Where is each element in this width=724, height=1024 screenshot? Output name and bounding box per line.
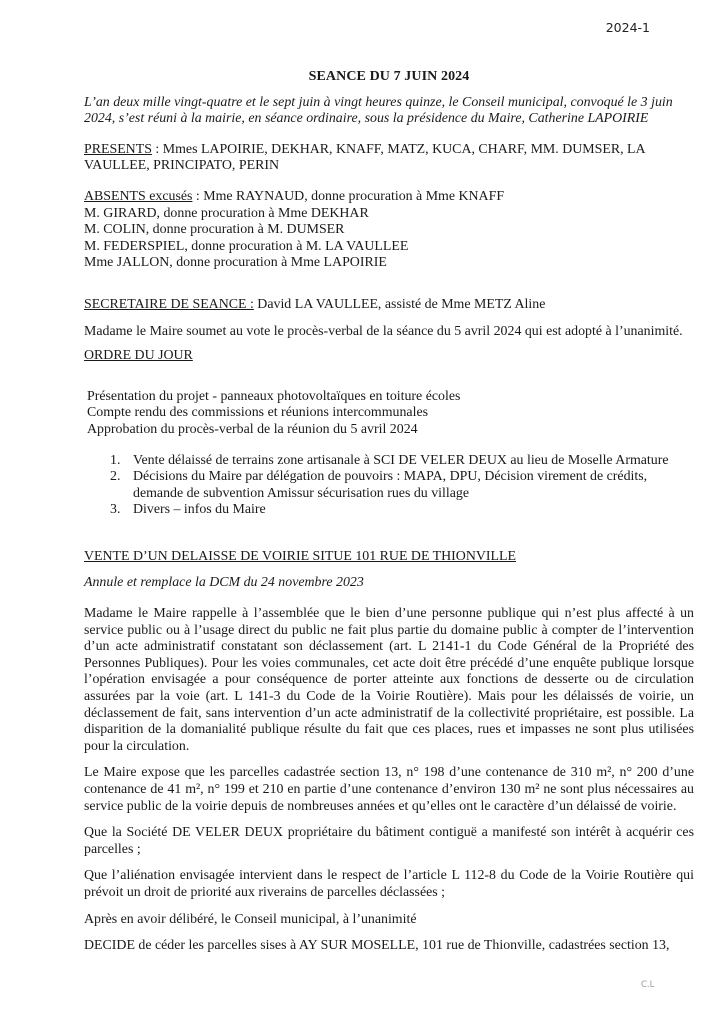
secretaire-paragraph: SECRETAIRE DE SEANCE : David LA VAULLEE,… [84,297,694,314]
absents-line: M. GIRARD, donne procuration à Mme DEKHA… [84,206,694,223]
section-paragraph: Après en avoir délibéré, le Conseil muni… [84,912,694,929]
secretaire-label: SECRETAIRE DE SEANCE : [84,297,254,312]
presents-text: : Mmes LAPOIRIE, DEKHAR, KNAFF, MATZ, KU… [84,142,645,174]
page-title: SEANCE DU 7 JUIN 2024 [84,69,694,86]
secretaire-text: David LA VAULLEE, assisté de Mme METZ Al… [254,297,546,312]
item-text: Vente délaissé de terrains zone artisana… [133,453,669,468]
absents-line: Mme JALLON, donne procuration à Mme LAPO… [84,255,694,272]
pv-vote-paragraph: Madame le Maire soumet au vote le procès… [84,324,694,341]
section-paragraph: DECIDE de céder les parcelles sises à AY… [84,938,694,955]
section-paragraph: Le Maire expose que les parcelles cadast… [84,765,694,815]
section-paragraph: Que l’aliénation envisagée intervient da… [84,868,694,901]
agenda-item: Approbation du procès-verbal de la réuni… [87,422,694,439]
footer-initials: C.L [641,980,654,990]
item-text: Décisions du Maire par délégation de pou… [133,469,647,501]
absents-first-line: : Mme RAYNAUD, donne procuration à Mme K… [192,189,504,204]
agenda-numbered-item: 3.Divers – infos du Maire [84,502,694,519]
item-number: 1. [110,453,120,470]
agenda-item: Compte rendu des commissions et réunions… [87,405,694,422]
absents-line: ABSENTS excusés : Mme RAYNAUD, donne pro… [84,189,694,206]
agenda-numbered-list: 1.Vente délaissé de terrains zone artisa… [84,453,694,519]
item-number: 3. [110,502,120,519]
meeting-intro: L’an deux mille vingt-quatre et le sept … [84,95,694,128]
agenda-numbered-item: 2.Décisions du Maire par délégation de p… [84,469,694,502]
absents-block: ABSENTS excusés : Mme RAYNAUD, donne pro… [84,189,694,272]
absents-line: M. FEDERSPIEL, donne procuration à M. LA… [84,239,694,256]
page-number: 2024-1 [606,20,650,35]
item-number: 2. [110,469,120,486]
section-subtitle: Annule et remplace la DCM du 24 novembre… [84,575,694,592]
presents-paragraph: PRESENTS : Mmes LAPOIRIE, DEKHAR, KNAFF,… [84,142,694,175]
ordre-du-jour-title: ORDRE DU JOUR [84,348,694,365]
section-paragraph: Que la Société DE VELER DEUX propriétair… [84,825,694,858]
item-text: Divers – infos du Maire [133,502,266,517]
section-title: VENTE D’UN DELAISSE DE VOIRIE SITUE 101 … [84,549,694,566]
document-page: 2024-1 SEANCE DU 7 JUIN 2024 L’an deux m… [0,0,724,1024]
presents-label: PRESENTS [84,142,152,157]
agenda-item: Présentation du projet - panneaux photov… [87,389,694,406]
absents-line: M. COLIN, donne procuration à M. DUMSER [84,222,694,239]
document-body: SEANCE DU 7 JUIN 2024 L’an deux mille vi… [84,69,694,965]
agenda-numbered-item: 1.Vente délaissé de terrains zone artisa… [84,453,694,470]
agenda-plain-list: Présentation du projet - panneaux photov… [87,389,694,439]
absents-label: ABSENTS excusés [84,189,192,204]
section-paragraph: Madame le Maire rappelle à l’assemblée q… [84,606,694,755]
